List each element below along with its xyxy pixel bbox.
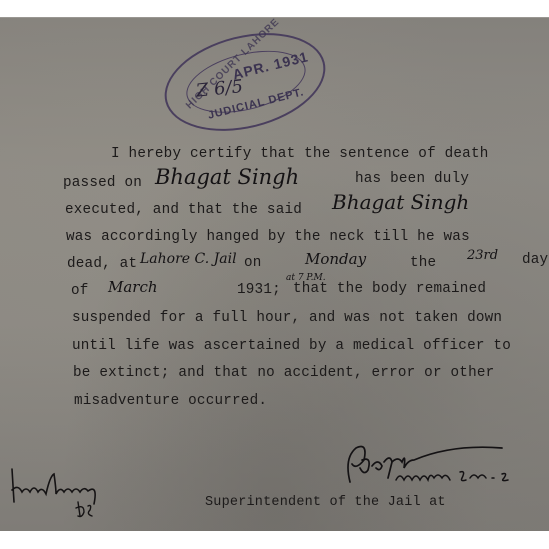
cert-line-2a: passed on: [63, 175, 142, 191]
left-signature: [8, 464, 118, 524]
cert-line-5b: on: [244, 255, 262, 271]
cert-line-4: was accordingly hanged by the neck till …: [66, 229, 470, 245]
handwritten-weekday: Monday: [305, 250, 366, 268]
cert-line-10: misadventure occurred.: [74, 393, 267, 409]
right-signature: [342, 438, 522, 498]
cert-line-8: until life was ascertained by a medical …: [72, 338, 511, 354]
cert-line-1: I hereby certify that the sentence of de…: [111, 146, 489, 162]
cert-line-5c: the: [410, 255, 436, 271]
handwritten-day: 23rd: [467, 248, 498, 263]
cert-line-3a: executed, and that the said: [65, 202, 302, 218]
handwritten-name-1: Bhagat Singh: [155, 165, 299, 189]
court-stamp: HIGH COURT LAHORE APR. 1931 JUDICIAL DEP…: [154, 18, 335, 147]
handwritten-name-2: Bhagat Singh: [332, 190, 469, 214]
cert-line-2b: has been duly: [355, 171, 469, 187]
cert-line-9: be extinct; and that no accident, error …: [73, 365, 494, 381]
cert-line-5d: day: [522, 252, 548, 268]
handwritten-place: Lahore C. Jail: [140, 251, 237, 267]
cert-line-5a: dead, at: [67, 256, 137, 272]
cert-line-6a: of: [71, 283, 89, 299]
cert-line-7: suspended for a full hour, and was not t…: [72, 310, 502, 326]
superintendent-title: Superintendent of the Jail at: [205, 495, 446, 510]
certificate-paper: HIGH COURT LAHORE APR. 1931 JUDICIAL DEP…: [0, 17, 549, 531]
cert-line-6c: that the body remained: [293, 281, 486, 297]
cert-line-6b: 1931;: [237, 282, 281, 298]
handwritten-month: March: [108, 278, 158, 296]
